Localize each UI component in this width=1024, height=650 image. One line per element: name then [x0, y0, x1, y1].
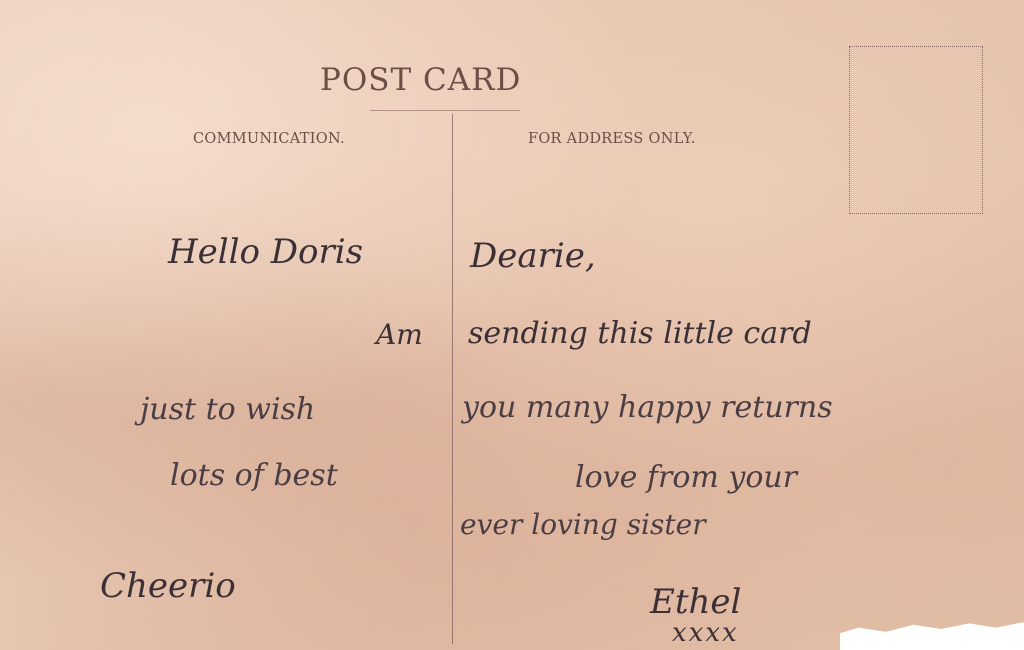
signature-ethel: Ethel [650, 582, 741, 622]
postcard-back: POST CARD COMMUNICATION. FOR ADDRESS ONL… [0, 0, 1024, 650]
handwriting-line4-right: love from your [575, 460, 797, 495]
address-label: FOR ADDRESS ONLY. [528, 131, 696, 147]
postcard-title: POST CARD [320, 62, 521, 98]
torn-corner [840, 622, 1024, 650]
handwriting-line1-right: Dearie, [470, 236, 596, 276]
kisses: xxxx [672, 618, 739, 648]
title-rule [370, 110, 520, 111]
handwriting-line2-left: Am [376, 318, 423, 351]
handwriting-line1-left: Hello Doris [168, 232, 363, 272]
communication-label: COMMUNICATION. [193, 131, 345, 147]
handwriting-line3-right: you many happy returns [462, 390, 833, 425]
center-divider [452, 114, 453, 644]
handwriting-line5-right: ever loving sister [460, 508, 706, 541]
handwriting-line3-left: just to wish [140, 392, 315, 427]
handwriting-line2-right: sending this little card [468, 316, 812, 351]
stamp-box [849, 46, 983, 214]
closing-cheerio: Cheerio [100, 566, 236, 606]
handwriting-line4-left: lots of best [170, 458, 338, 493]
